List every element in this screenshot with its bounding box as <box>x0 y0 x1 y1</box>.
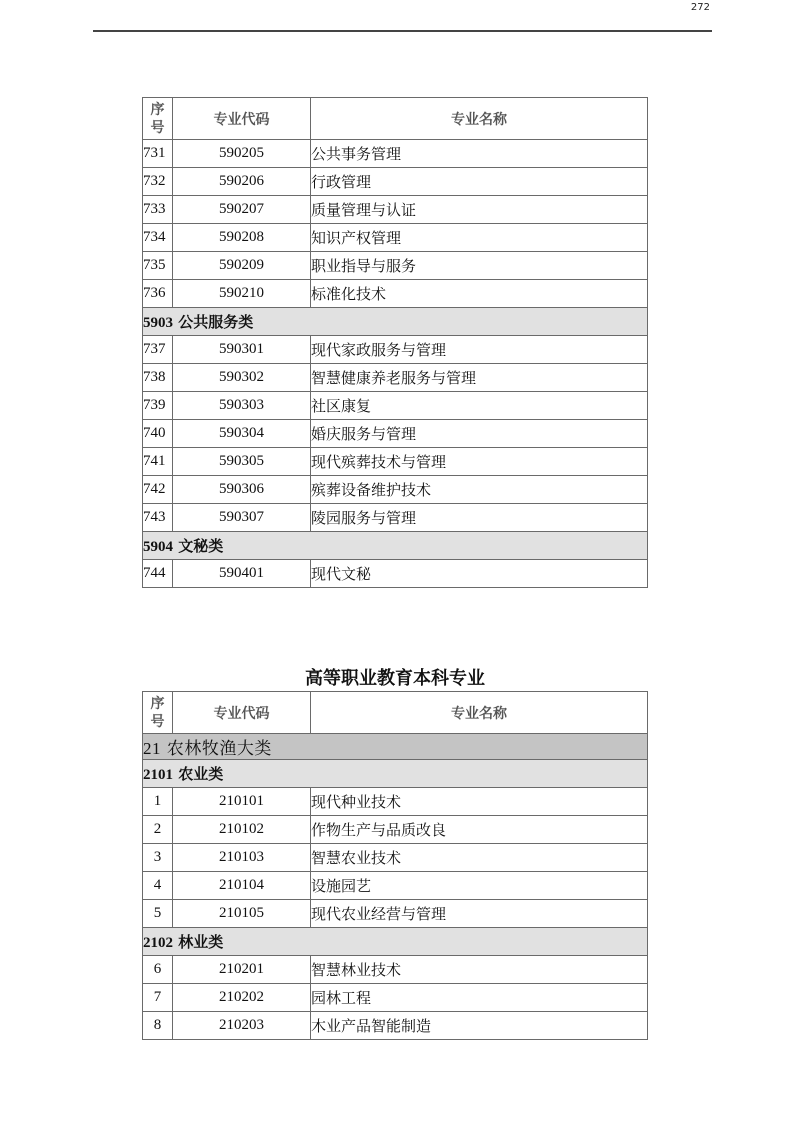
row-seq: 731 <box>143 140 173 168</box>
row-code: 590208 <box>173 224 311 252</box>
row-seq: 742 <box>143 476 173 504</box>
table-header-row: 序 号 专业代码 专业名称 <box>143 98 648 140</box>
category-cell: 5903 公共服务类 <box>143 308 648 336</box>
header-seq-line2: 号 <box>143 713 172 731</box>
row-name: 现代殡葬技术与管理 <box>311 448 648 476</box>
table-row: 3 210103 智慧农业技术 <box>143 844 648 872</box>
row-code: 210203 <box>173 1012 311 1040</box>
table-row: 740 590304 婚庆服务与管理 <box>143 420 648 448</box>
category-code: 2101 <box>143 767 173 783</box>
category-code: 5903 <box>143 315 173 331</box>
row-name: 智慧林业技术 <box>311 956 648 984</box>
major-category-code: 21 <box>143 739 161 758</box>
row-code: 590206 <box>173 168 311 196</box>
row-seq: 3 <box>143 844 173 872</box>
table-row: 736 590210 标准化技术 <box>143 280 648 308</box>
row-seq: 1 <box>143 788 173 816</box>
row-name: 智慧农业技术 <box>311 844 648 872</box>
category-code: 2102 <box>143 935 173 951</box>
row-code: 210103 <box>173 844 311 872</box>
row-code: 590307 <box>173 504 311 532</box>
majors-table-1: 序 号 专业代码 专业名称 731 590205 公共事务管理 732 5902… <box>142 97 648 588</box>
row-code: 210101 <box>173 788 311 816</box>
row-seq: 733 <box>143 196 173 224</box>
header-code: 专业代码 <box>173 98 311 140</box>
row-seq: 741 <box>143 448 173 476</box>
row-name: 现代家政服务与管理 <box>311 336 648 364</box>
table-row: 8 210203 木业产品智能制造 <box>143 1012 648 1040</box>
table-row: 734 590208 知识产权管理 <box>143 224 648 252</box>
row-seq: 737 <box>143 336 173 364</box>
table-row: 6 210201 智慧林业技术 <box>143 956 648 984</box>
row-seq: 8 <box>143 1012 173 1040</box>
row-name: 作物生产与品质改良 <box>311 816 648 844</box>
category-row-2102: 2102 林业类 <box>143 928 648 956</box>
table-row: 743 590307 陵园服务与管理 <box>143 504 648 532</box>
row-seq: 6 <box>143 956 173 984</box>
row-name: 现代农业经营与管理 <box>311 900 648 928</box>
table-row: 4 210104 设施园艺 <box>143 872 648 900</box>
table-header-row: 序 号 专业代码 专业名称 <box>143 692 648 734</box>
header-seq-line1: 序 <box>143 695 172 713</box>
category-name: 公共服务类 <box>178 313 253 331</box>
category-name: 文秘类 <box>178 537 223 555</box>
category-cell: 2101 农业类 <box>143 760 648 788</box>
category-name: 农业类 <box>178 765 223 783</box>
header-seq: 序 号 <box>143 692 173 734</box>
row-seq: 735 <box>143 252 173 280</box>
row-seq: 736 <box>143 280 173 308</box>
header-name: 专业名称 <box>311 692 648 734</box>
row-seq: 744 <box>143 560 173 588</box>
row-code: 590301 <box>173 336 311 364</box>
major-category-row-21: 21 农林牧渔大类 <box>143 734 648 760</box>
row-name: 标准化技术 <box>311 280 648 308</box>
row-code: 210102 <box>173 816 311 844</box>
table-row: 731 590205 公共事务管理 <box>143 140 648 168</box>
row-seq: 7 <box>143 984 173 1012</box>
row-seq: 732 <box>143 168 173 196</box>
table-row: 739 590303 社区康复 <box>143 392 648 420</box>
table-row: 733 590207 质量管理与认证 <box>143 196 648 224</box>
row-code: 210201 <box>173 956 311 984</box>
row-name: 现代文秘 <box>311 560 648 588</box>
category-row-5904: 5904 文秘类 <box>143 532 648 560</box>
category-row-2101: 2101 农业类 <box>143 760 648 788</box>
row-code: 590305 <box>173 448 311 476</box>
row-seq: 4 <box>143 872 173 900</box>
row-name: 行政管理 <box>311 168 648 196</box>
row-name: 职业指导与服务 <box>311 252 648 280</box>
table-row: 735 590209 职业指导与服务 <box>143 252 648 280</box>
row-code: 210202 <box>173 984 311 1012</box>
table-row: 744 590401 现代文秘 <box>143 560 648 588</box>
row-seq: 2 <box>143 816 173 844</box>
row-name: 智慧健康养老服务与管理 <box>311 364 648 392</box>
section-title: 高等职业教育本科专业 <box>142 664 648 690</box>
category-name: 林业类 <box>178 933 223 951</box>
header-seq-line1: 序 <box>143 101 172 119</box>
page-number: 272 <box>680 2 710 13</box>
row-seq: 734 <box>143 224 173 252</box>
table-row: 737 590301 现代家政服务与管理 <box>143 336 648 364</box>
row-code: 590306 <box>173 476 311 504</box>
table-row: 738 590302 智慧健康养老服务与管理 <box>143 364 648 392</box>
row-name: 现代种业技术 <box>311 788 648 816</box>
table-row: 2 210102 作物生产与品质改良 <box>143 816 648 844</box>
row-seq: 740 <box>143 420 173 448</box>
table-row: 742 590306 殡葬设备维护技术 <box>143 476 648 504</box>
row-code: 590205 <box>173 140 311 168</box>
row-name: 婚庆服务与管理 <box>311 420 648 448</box>
table-row: 1 210101 现代种业技术 <box>143 788 648 816</box>
row-name: 质量管理与认证 <box>311 196 648 224</box>
row-name: 社区康复 <box>311 392 648 420</box>
row-name: 园林工程 <box>311 984 648 1012</box>
majors-table-2: 序 号 专业代码 专业名称 21 农林牧渔大类 2101 农业类 1 21010… <box>142 691 648 1040</box>
row-code: 590207 <box>173 196 311 224</box>
major-category-cell: 21 农林牧渔大类 <box>143 734 648 760</box>
row-code: 590302 <box>173 364 311 392</box>
header-name: 专业名称 <box>311 98 648 140</box>
row-name: 陵园服务与管理 <box>311 504 648 532</box>
row-code: 590210 <box>173 280 311 308</box>
header-seq: 序 号 <box>143 98 173 140</box>
row-code: 590304 <box>173 420 311 448</box>
table-row: 7 210202 园林工程 <box>143 984 648 1012</box>
header-rule <box>93 30 712 32</box>
row-code: 590401 <box>173 560 311 588</box>
row-code: 210104 <box>173 872 311 900</box>
row-name: 木业产品智能制造 <box>311 1012 648 1040</box>
row-code: 590209 <box>173 252 311 280</box>
table-row: 741 590305 现代殡葬技术与管理 <box>143 448 648 476</box>
category-row-5903: 5903 公共服务类 <box>143 308 648 336</box>
row-code: 590303 <box>173 392 311 420</box>
category-cell: 2102 林业类 <box>143 928 648 956</box>
header-code: 专业代码 <box>173 692 311 734</box>
major-category-name: 农林牧渔大类 <box>167 739 272 759</box>
category-code: 5904 <box>143 539 173 555</box>
row-seq: 743 <box>143 504 173 532</box>
category-cell: 5904 文秘类 <box>143 532 648 560</box>
row-seq: 739 <box>143 392 173 420</box>
row-name: 公共事务管理 <box>311 140 648 168</box>
row-name: 设施园艺 <box>311 872 648 900</box>
row-name: 知识产权管理 <box>311 224 648 252</box>
row-name: 殡葬设备维护技术 <box>311 476 648 504</box>
header-seq-line2: 号 <box>143 119 172 137</box>
table-row: 5 210105 现代农业经营与管理 <box>143 900 648 928</box>
row-seq: 5 <box>143 900 173 928</box>
row-seq: 738 <box>143 364 173 392</box>
row-code: 210105 <box>173 900 311 928</box>
table-row: 732 590206 行政管理 <box>143 168 648 196</box>
